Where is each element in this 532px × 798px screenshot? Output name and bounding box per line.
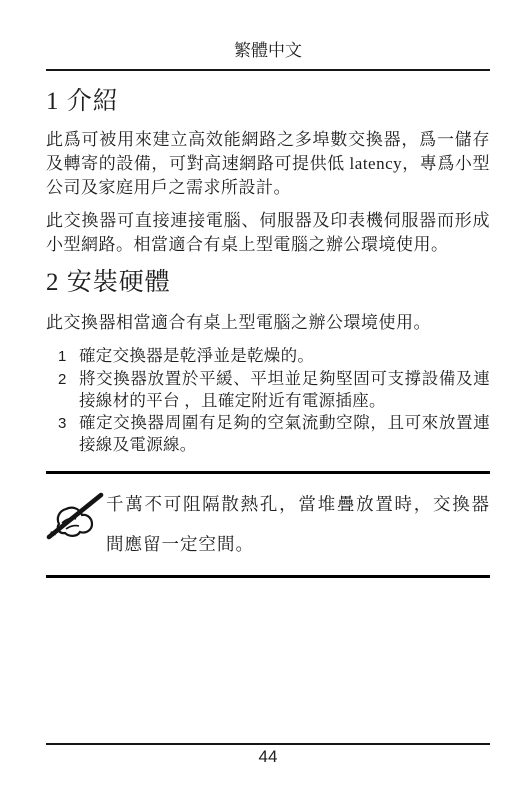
step-number: 1: [58, 345, 79, 368]
writing-hand-icon: [46, 492, 106, 545]
section-heading-install: 2 安裝硬體: [46, 268, 490, 298]
header-language-title: 繁體中文: [234, 41, 302, 60]
list-item: 1 確定交換器是乾淨並是乾燥的。: [46, 345, 490, 368]
list-item: 3 確定交換器周圍有足夠的空氣流動空隙，且可來放置連接線及電源線。: [46, 412, 490, 456]
page-content: 繁體中文 1 介紹 此爲可被用來建立高效能網路之多埠數交換器，爲一儲存及轉寄的設…: [46, 0, 490, 578]
page-header: 繁體中文: [46, 0, 490, 71]
note-text: 千萬不可阻隔散熱孔，當堆疊放置時，交換器間應留一定空間。: [106, 484, 490, 564]
install-paragraph-1: 此交換器相當適合有桌上型電腦之辦公環境使用。: [46, 311, 490, 335]
step-number: 3: [58, 412, 79, 435]
page-number: 44: [259, 747, 278, 766]
manual-page: 繁體中文 1 介紹 此爲可被用來建立高效能網路之多埠數交換器，爲一儲存及轉寄的設…: [0, 0, 532, 798]
intro-paragraph-2: 此交換器可直接連接電腦、伺服器及印表機伺服器而形成小型網路。相當適合有桌上型電腦…: [46, 209, 490, 257]
step-text: 將交換器放置於平緩、平坦並足夠堅固可支撐設備及連接線材的平台 ，且確定附近有電源…: [79, 368, 490, 412]
page-footer: 44: [46, 743, 490, 767]
list-item: 2 將交換器放置於平緩、平坦並足夠堅固可支撐設備及連接線材的平台 ，且確定附近有…: [46, 368, 490, 412]
install-steps-list: 1 確定交換器是乾淨並是乾燥的。 2 將交換器放置於平緩、平坦並足夠堅固可支撐設…: [46, 345, 490, 456]
section-heading-intro: 1 介紹: [46, 87, 490, 117]
step-number: 2: [58, 368, 79, 391]
note-callout: 千萬不可阻隔散熱孔，當堆疊放置時，交換器間應留一定空間。: [46, 471, 490, 578]
intro-paragraph-1: 此爲可被用來建立高效能網路之多埠數交換器，爲一儲存及轉寄的設備，可對高速網路可提…: [46, 128, 490, 200]
step-text: 確定交換器周圍有足夠的空氣流動空隙，且可來放置連接線及電源線。: [79, 412, 490, 456]
step-text: 確定交換器是乾淨並是乾燥的。: [79, 345, 490, 367]
